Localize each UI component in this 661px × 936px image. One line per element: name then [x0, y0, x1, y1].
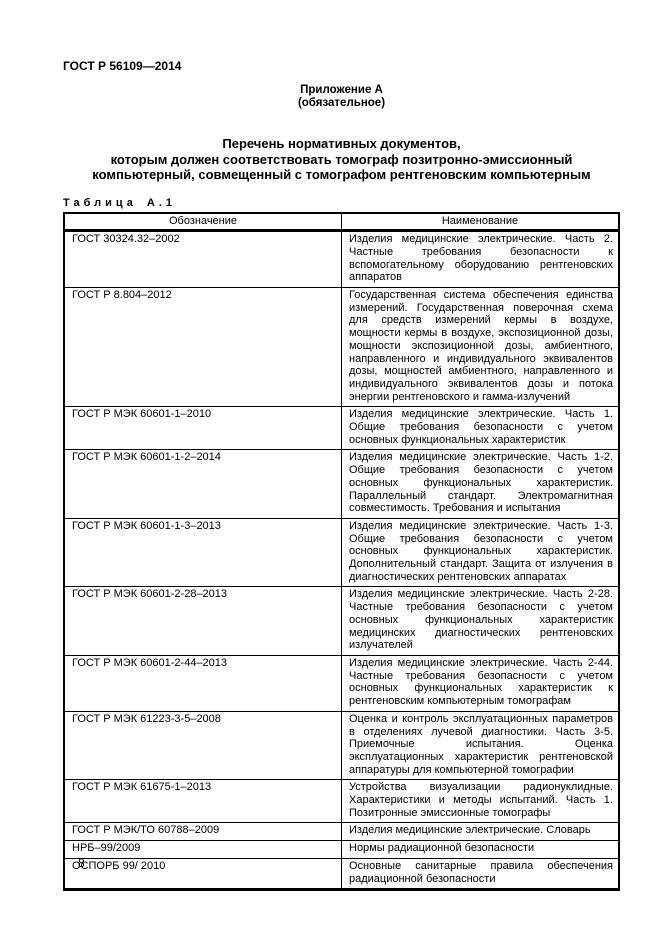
column-header-designation: Обозначение — [64, 213, 342, 231]
appendix-label: Приложение А — [63, 84, 620, 97]
column-header-name: Наименование — [342, 213, 620, 231]
page-title: Перечень нормативных документов, которым… — [63, 136, 620, 183]
table-row: ГОСТ Р МЭК 60601-1-3–2013 Изделия медици… — [64, 518, 619, 587]
appendix-note: (обязательное) — [63, 97, 620, 110]
designation-cell: ГОСТ Р МЭК 60601-2-28–2013 — [64, 587, 342, 656]
name-cell: Изделия медицинские электрические. Часть… — [342, 518, 620, 587]
standards-table: Обозначение Наименование ГОСТ 30324.32–2… — [63, 212, 620, 892]
table-row: ГОСТ Р МЭК 60601-2-28–2013 Изделия медиц… — [64, 587, 619, 656]
document-page: ГОСТ Р 56109—2014 Приложение А (обязател… — [0, 0, 661, 936]
name-cell: Изделия медицинские электрические. Часть… — [342, 231, 620, 288]
designation-cell: ГОСТ Р МЭК 60601-2-44–2013 — [64, 656, 342, 712]
table-row: ГОСТ Р МЭК 61223-3-5–2008 Оценка и контр… — [64, 711, 619, 780]
name-cell: Изделия медицинские электрические. Часть… — [342, 450, 620, 519]
name-cell: Изделия медицинские электрические. Часть… — [342, 407, 620, 450]
name-cell: Устройства визуализации радионуклидные. … — [342, 780, 620, 823]
name-cell: Оценка и контроль эксплуатационных парам… — [342, 711, 620, 780]
table-row: ГОСТ Р МЭК 60601-1–2010 Изделия медицинс… — [64, 407, 619, 450]
table-header-row: Обозначение Наименование — [64, 213, 619, 231]
table-row: ГОСТ Р МЭК 61675-1–2013 Устройства визуа… — [64, 780, 619, 823]
table-row: ГОСТ Р МЭК 60601-2-44–2013 Изделия медиц… — [64, 656, 619, 712]
designation-cell: ГОСТ Р 8.804–2012 — [64, 288, 342, 407]
table-row: НРБ–99/2009 Нормы радиационной безопасно… — [64, 841, 619, 859]
name-cell: Изделия медицинские электрические. Часть… — [342, 656, 620, 712]
doc-number: ГОСТ Р 56109—2014 — [63, 59, 620, 73]
designation-cell: ГОСТ Р МЭК 60601-1-3–2013 — [64, 518, 342, 587]
designation-cell: ГОСТ Р МЭК 60601-1–2010 — [64, 407, 342, 450]
name-cell: Государственная система обеспечения един… — [342, 288, 620, 407]
appendix-block: Приложение А (обязательное) — [63, 84, 620, 110]
table-row: ОСПОРБ 99/ 2010 Основные санитарные прав… — [64, 858, 619, 889]
designation-cell: ГОСТ Р МЭК 60601-1-2–2014 — [64, 450, 342, 519]
page-number: 8 — [78, 856, 85, 870]
name-cell: Изделия медицинские электрические. Часть… — [342, 587, 620, 656]
designation-cell: ГОСТ Р МЭК 61223-3-5–2008 — [64, 711, 342, 780]
name-cell: Изделия медицинские электрические. Слова… — [342, 823, 620, 841]
table-caption: Таблица А.1 — [63, 197, 620, 210]
page-title-line-3: компьютерный, совмещенный с томографом р… — [63, 167, 620, 183]
designation-cell: ОСПОРБ 99/ 2010 — [64, 858, 342, 889]
table-row: ГОСТ 30324.32–2002 Изделия медицинские э… — [64, 231, 619, 288]
page-content: ГОСТ Р 56109—2014 Приложение А (обязател… — [63, 0, 620, 891]
name-cell: Нормы радиационной безопасности — [342, 841, 620, 859]
name-cell: Основные санитарные правила обеспечения … — [342, 858, 620, 889]
page-title-line-1: Перечень нормативных документов, — [63, 136, 620, 152]
table-row: ГОСТ Р МЭК 60601-1-2–2014 Изделия медици… — [64, 450, 619, 519]
designation-cell: ГОСТ Р МЭК/ТО 60788–2009 — [64, 823, 342, 841]
table-row: ГОСТ Р МЭК/ТО 60788–2009 Изделия медицин… — [64, 823, 619, 841]
table-row: ГОСТ Р 8.804–2012 Государственная систем… — [64, 288, 619, 407]
designation-cell: ГОСТ Р МЭК 61675-1–2013 — [64, 780, 342, 823]
designation-cell: НРБ–99/2009 — [64, 841, 342, 859]
page-title-line-2: которым должен соответствовать томограф … — [63, 152, 620, 168]
designation-cell: ГОСТ 30324.32–2002 — [64, 231, 342, 288]
